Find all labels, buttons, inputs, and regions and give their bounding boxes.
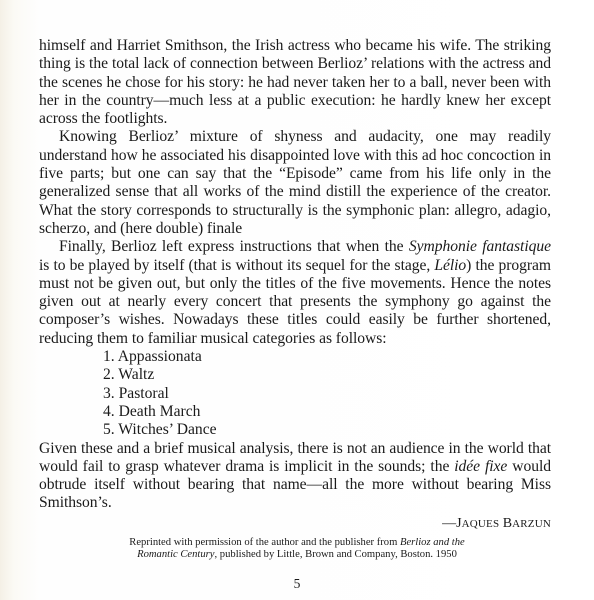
paragraph-3: Finally, Berlioz left express instructio… [39,238,551,348]
closing-paragraph: Given these and a brief musical analysis… [39,440,551,513]
page-number: 5 [0,576,594,592]
signature-last-initial: B [503,516,512,531]
paragraph-3-text-b: is to be played by itself (that is witho… [39,257,434,274]
paragraph-2: Knowing Berlioz’ mixture of shyness and … [39,128,551,238]
closing-body: Given these and a brief musical analysis… [39,440,551,513]
reprint-credit: Reprinted with permission of the author … [0,537,594,561]
signature-last-rest: ARZUN [512,518,551,530]
credit-prefix: Reprinted with permission of the author … [129,537,400,548]
document-page: himself and Harriet Smithson, the Irish … [39,37,551,533]
credit-book-title-line1: Berlioz and the [400,537,465,548]
signature-dash: — [442,516,456,531]
paragraph-2-text: Knowing Berlioz’ mixture of shyness and … [39,128,551,236]
term-idee-fixe: idée fixe [454,458,507,475]
essay-body: himself and Harriet Smithson, the Irish … [39,37,551,348]
work-title-lelio: Lélio [434,257,466,274]
list-item: 1. Appassionata [103,348,551,366]
paragraph-1: himself and Harriet Smithson, the Irish … [39,37,551,128]
list-item: 3. Pastoral [103,385,551,403]
paragraph-3-text-a: Finally, Berlioz left express instructio… [59,238,409,255]
credit-book-title-line2: Romantic Century [137,549,214,560]
credit-suffix: , published by Little, Brown and Company… [215,549,457,560]
list-item: 2. Waltz [103,366,551,384]
work-title-symphonie-fantastique: Symphonie fantastique [409,238,551,255]
signature-first-rest: AQUES [462,518,500,530]
list-item: 5. Witches’ Dance [103,421,551,439]
movement-list: 1. Appassionata 2. Waltz 3. Pastoral 4. … [39,348,551,439]
list-item: 4. Death March [103,403,551,421]
paragraph-1-text: himself and Harriet Smithson, the Irish … [39,37,551,127]
author-signature: —JAQUES BARZUN [39,515,551,533]
